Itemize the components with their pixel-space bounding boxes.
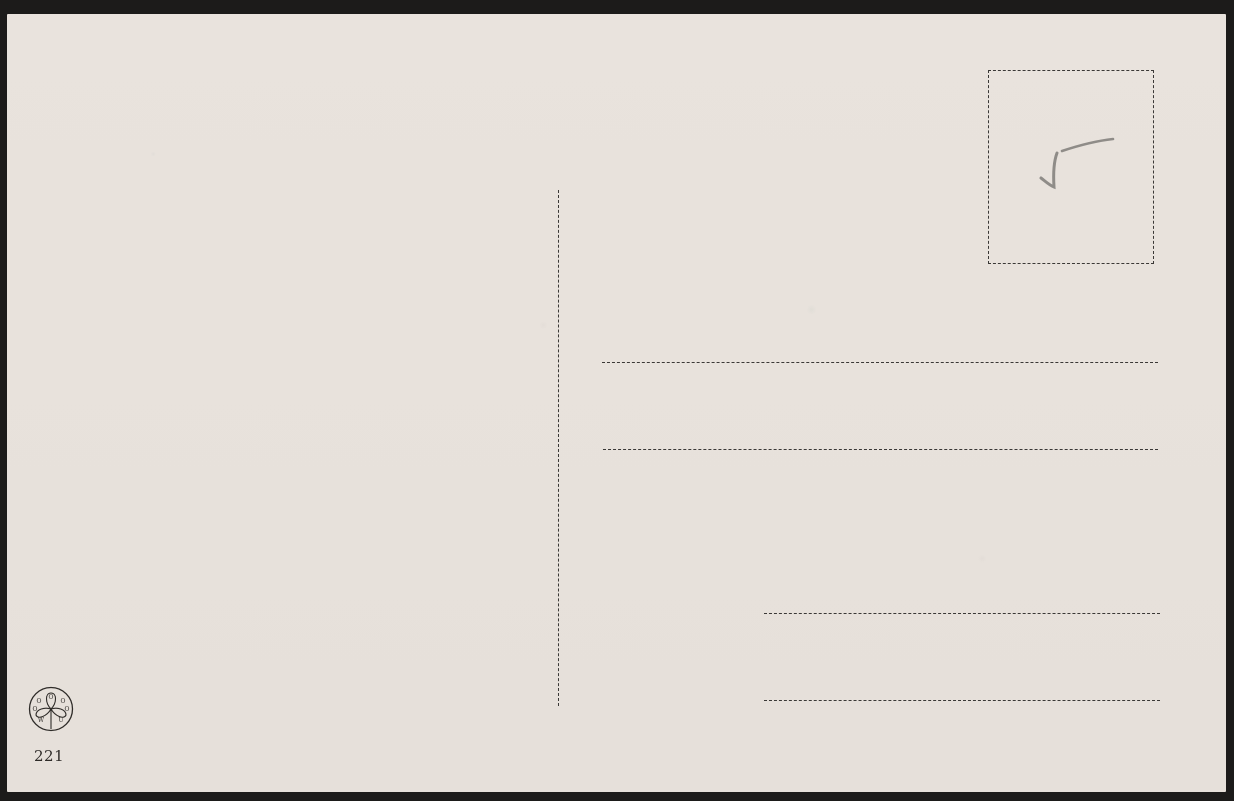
svg-text:W: W (38, 717, 45, 724)
svg-text:O: O (65, 706, 70, 713)
address-line-1 (602, 362, 1158, 363)
pencil-mark-5 (1035, 131, 1125, 201)
clover-monogram-emblem-icon: O O O O W U O (27, 685, 75, 733)
svg-text:O: O (37, 698, 42, 705)
address-line-4 (764, 700, 1160, 701)
postcard-back: 5 O O O O W U O (7, 14, 1226, 792)
scan-background: 5 O O O O W U O (0, 0, 1234, 801)
svg-text:O: O (61, 698, 66, 705)
svg-text:O: O (49, 694, 54, 701)
address-line-2 (603, 449, 1158, 450)
svg-text:O: O (33, 706, 38, 713)
card-number: 221 (34, 747, 64, 765)
stamp-box: 5 (988, 70, 1154, 264)
divider-line (558, 190, 559, 706)
svg-text:U: U (58, 717, 63, 724)
address-line-3 (764, 613, 1160, 614)
